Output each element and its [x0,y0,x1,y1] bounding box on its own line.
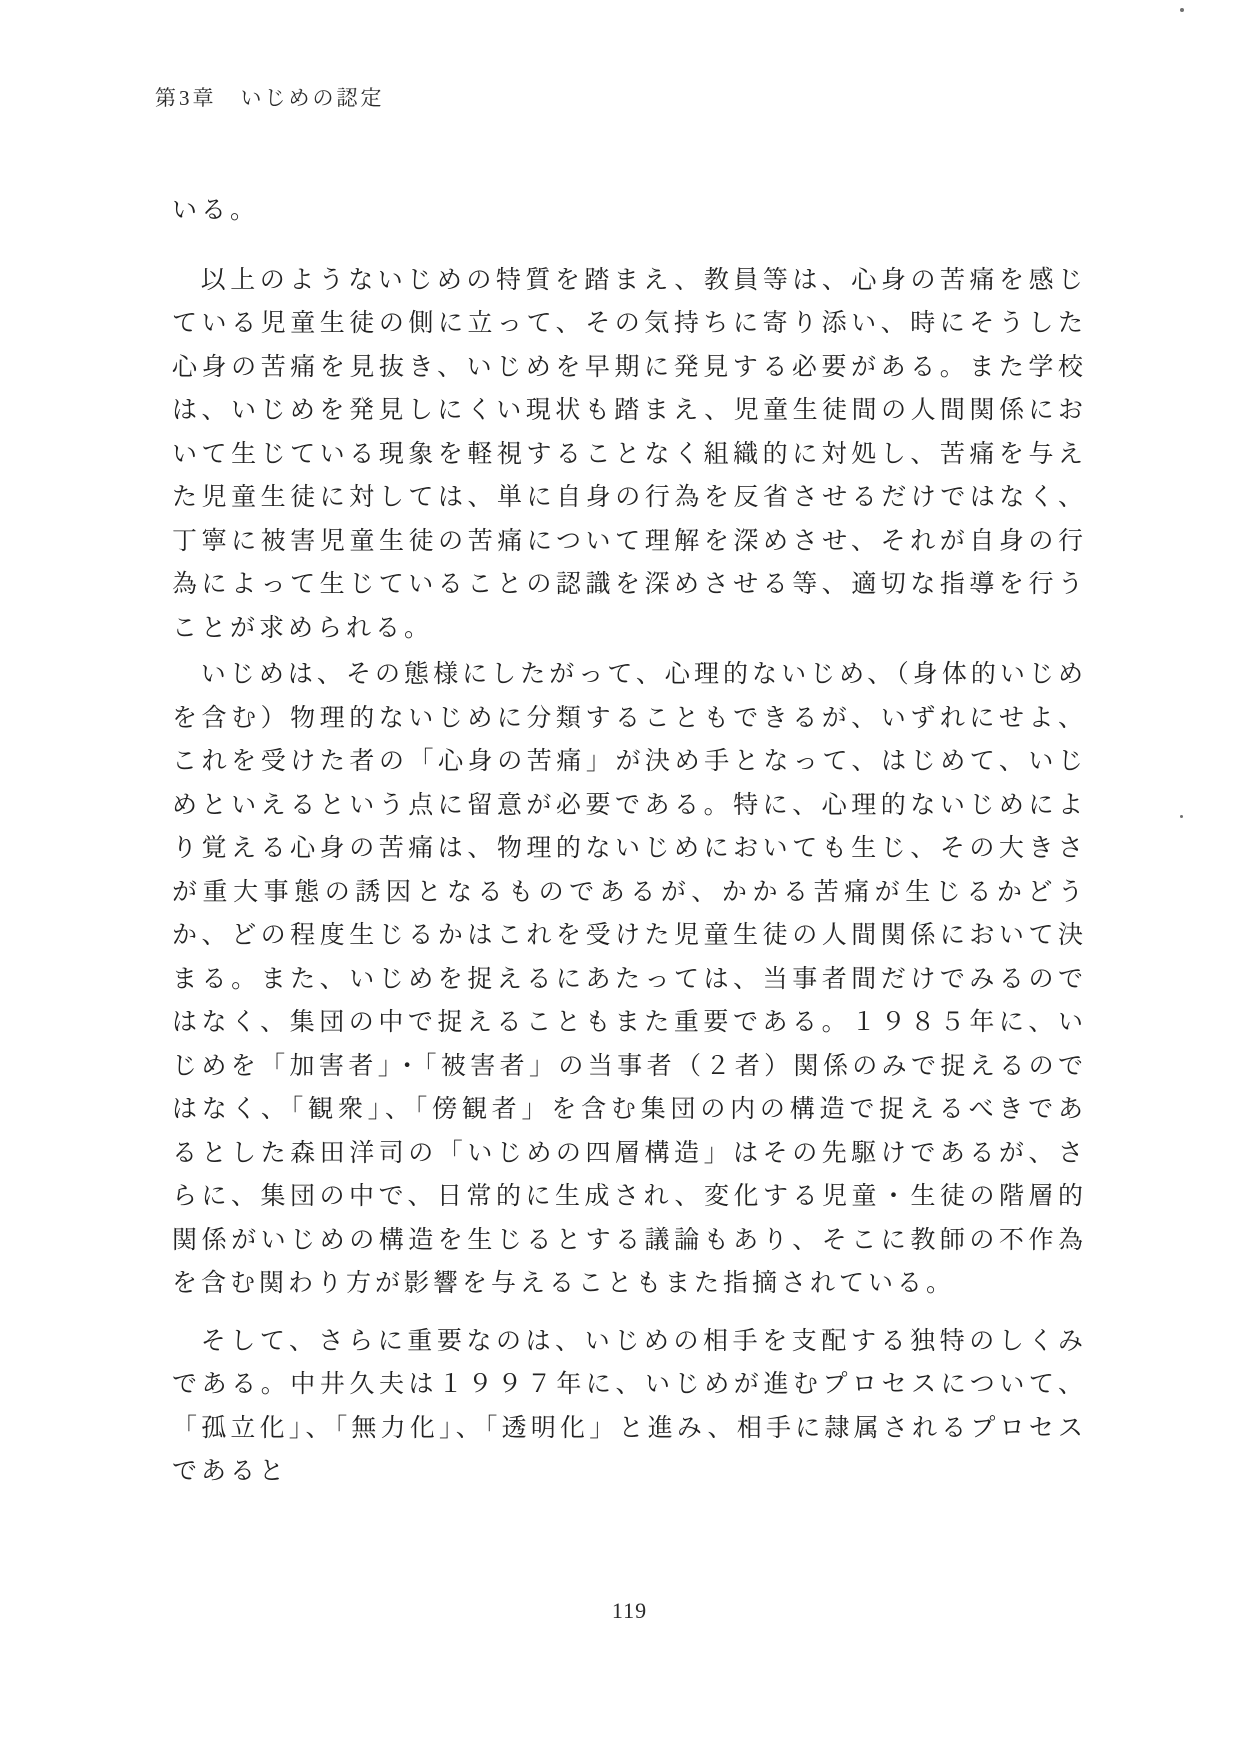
paragraph-domination-process: そして、さらに重要なのは、いじめの相手を支配する独特のしくみである。中井久夫は１… [172,1320,1087,1494]
body-text: いる。 以上のようないじめの特質を踏まえ、教員等は、心身の苦痛を感じている児童生… [172,189,1087,1494]
scan-speck [1180,8,1184,12]
paragraph-classification: いじめは、その態様にしたがって、心理的ないじめ、（身体的いじめを含む）物理的ない… [172,653,1087,1306]
running-header-chapter-title: 第3章 いじめの認定 [155,82,385,112]
page-number: 119 [172,1598,1087,1624]
document-page: 第3章 いじめの認定 いる。 以上のようないじめの特質を踏まえ、教員等は、心身の… [0,0,1239,1754]
scan-speck [1180,815,1183,818]
paragraph-continuation: いる。 [172,189,1087,233]
paragraph-early-detection: 以上のようないじめの特質を踏まえ、教員等は、心身の苦痛を感じている児童生徒の側に… [172,259,1087,651]
